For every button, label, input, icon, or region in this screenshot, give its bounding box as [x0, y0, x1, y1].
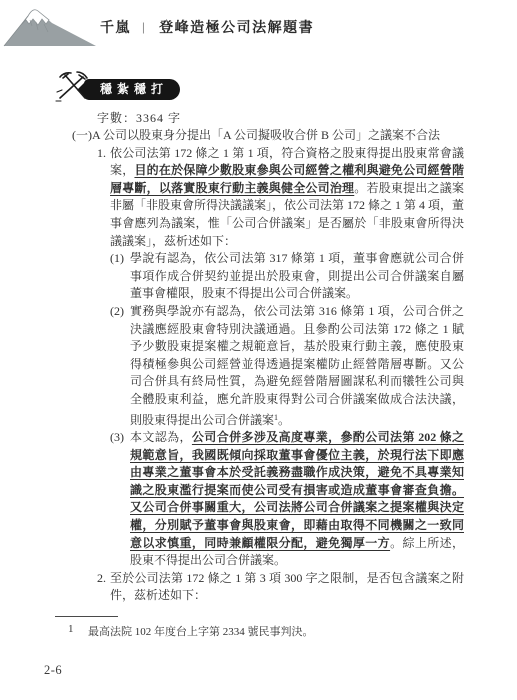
subitem-text: 本文認為，公司合併多涉及高度專業，參酌公司法第 202 條之規範意旨，我國既傾向…	[130, 429, 464, 570]
body-text: 實務與學說亦有認為，依公司法第 316 條第 1 項，公司合併之決議應經股東會特…	[130, 304, 464, 427]
footnote: 1 最高法院 102 年度台上字第 2334 號民事判決。	[68, 623, 448, 639]
emphasized-text: 公司合併多涉及高度專業，參酌公司法第 202 條之規範意旨，我國既傾向採取董事會…	[130, 430, 464, 550]
body-text: 學說有認為，依公司法第 317 條第 1 項，董事會應就公司合併事項作成合併契約…	[130, 251, 464, 300]
header-divider: |	[142, 19, 146, 35]
item-marker: 2.	[97, 570, 106, 588]
page-number: 2-6	[44, 663, 62, 678]
footnote-number: 1	[68, 623, 88, 639]
answer-subitem: (2)實務與學說亦有認為，依公司法第 316 條第 1 項，公司合併之決議應經股…	[110, 303, 464, 429]
brand-name: 千嵐	[100, 17, 131, 37]
subitem-text: 實務與學說亦有認為，依公司法第 316 條第 1 項，公司合併之決議應經股東會特…	[130, 303, 464, 429]
section-badge: 穩紮穩打	[54, 68, 174, 106]
item-text: 至於公司法第 172 條之 1 第 3 項 300 字之限制，是否包含議案之附件…	[110, 570, 464, 605]
footnote-rule	[55, 616, 118, 617]
mountain-logo-icon	[0, 2, 98, 50]
footnote-text: 最高法院 102 年度台上字第 2334 號民事判決。	[88, 623, 314, 639]
answer-list: 1.依公司法第 172 條之 1 第 1 項，符合資格之股東得提出股東常會議案，…	[72, 145, 464, 605]
section-badge-label: 穩紮穩打	[84, 79, 180, 100]
crossed-pickaxes-icon	[54, 68, 94, 106]
subitem-marker: (3)	[110, 429, 124, 447]
answer-subitem: (1)學說有認為，依公司法第 317 條第 1 項，董事會應就公司合併事項作成合…	[110, 250, 464, 303]
item-marker: 1.	[97, 145, 106, 163]
subitem-text: 學說有認為，依公司法第 317 條第 1 項，董事會應就公司合併事項作成合併契約…	[130, 250, 464, 303]
header-title: 千嵐 | 登峰造極公司法解題書	[100, 17, 314, 37]
answer-content: (一)A 公司以股東身分提出「A 公司擬吸收合併 B 公司」之議案不合法 1.依…	[72, 127, 464, 605]
subitem-marker: (1)	[110, 250, 124, 268]
body-text: 本文認為，	[130, 430, 192, 444]
book-title: 登峰造極公司法解題書	[159, 17, 314, 37]
answer-item: 1.依公司法第 172 條之 1 第 1 項，符合資格之股東得提出股東常會議案，…	[72, 145, 464, 570]
subitem-marker: (2)	[110, 303, 124, 321]
book-page: 千嵐 | 登峰造極公司法解題書 穩紮穩打 字數：3364 字 (一)A 公司以股…	[0, 0, 517, 700]
item-text: 依公司法第 172 條之 1 第 1 項，符合資格之股東得提出股東常會議案，目的…	[110, 145, 464, 251]
answer-heading: (一)A 公司以股東身分提出「A 公司擬吸收合併 B 公司」之議案不合法	[72, 127, 464, 145]
word-count: 字數：3364 字	[97, 109, 181, 126]
body-text: 至於公司法第 172 條之 1 第 3 項 300 字之限制，是否包含議案之附件…	[110, 571, 464, 603]
body-text: 。	[278, 413, 290, 427]
answer-subitem: (3)本文認為，公司合併多涉及高度專業，參酌公司法第 202 條之規範意旨，我國…	[110, 429, 464, 570]
answer-item: 2.至於公司法第 172 條之 1 第 3 項 300 字之限制，是否包含議案之…	[72, 570, 464, 605]
